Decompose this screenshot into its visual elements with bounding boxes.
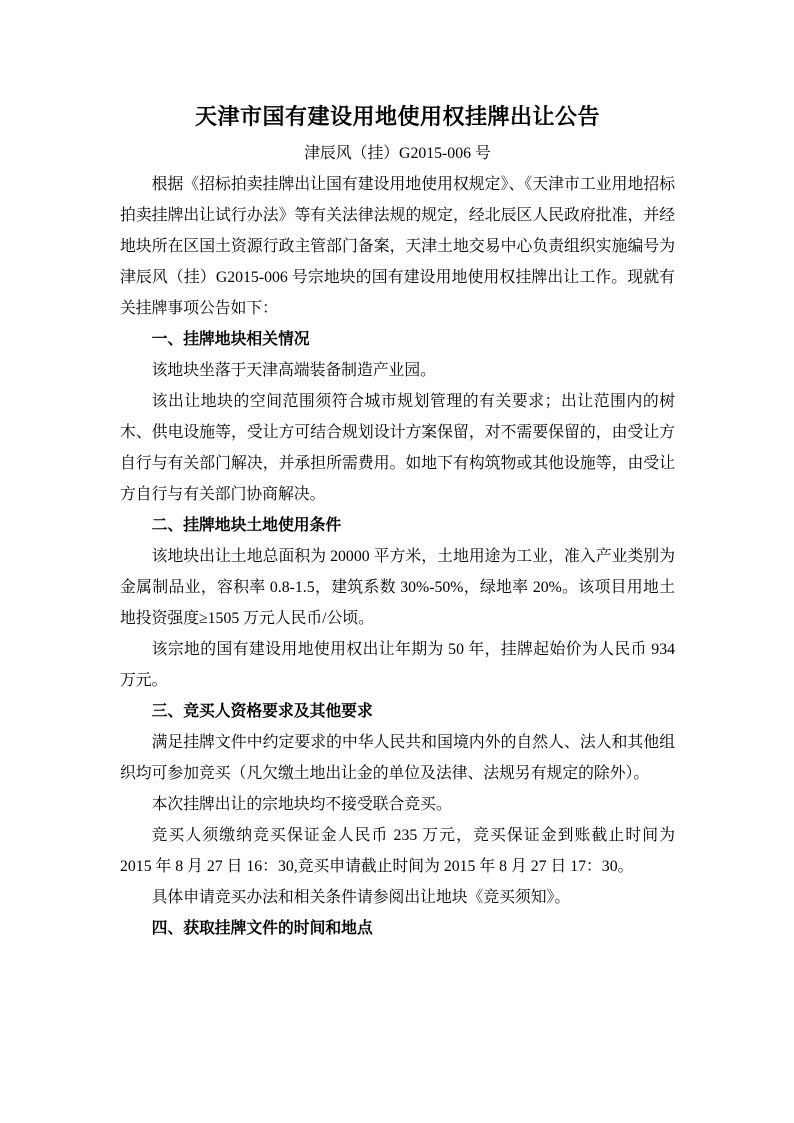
section-3-paragraph-1: 满足挂牌文件中约定要求的中华人民共和国境内外的自然人、法人和其他组织均可参加竞买… xyxy=(120,727,675,789)
section-2-paragraph-2: 该宗地的国有建设用地使用权出让年期为 50 年，挂牌起始价为人民币 934 万元… xyxy=(120,634,675,696)
document-page: 天津市国有建设用地使用权挂牌出让公告 津辰风（挂）G2015-006 号 根据《… xyxy=(0,0,794,1123)
section-3-paragraph-3: 竞买人须缴纳竞买保证金人民币 235 万元，竞买保证金到账截止时间为 2015 … xyxy=(120,820,675,882)
section-1-heading: 一、挂牌地块相关情况 xyxy=(120,324,675,355)
document-number: 津辰风（挂）G2015-006 号 xyxy=(120,138,675,169)
document-body: 根据《招标拍卖挂牌出让国有建设用地使用权规定》、《天津市工业用地招标拍卖挂牌出让… xyxy=(120,169,675,944)
intro-paragraph: 根据《招标拍卖挂牌出让国有建设用地使用权规定》、《天津市工业用地招标拍卖挂牌出让… xyxy=(120,169,675,324)
section-3-heading: 三、竞买人资格要求及其他要求 xyxy=(120,696,675,727)
section-1-paragraph-1: 该地块坐落于天津高端装备制造产业园。 xyxy=(120,355,675,386)
section-4-heading: 四、获取挂牌文件的时间和地点 xyxy=(120,913,675,944)
section-2-heading: 二、挂牌地块土地使用条件 xyxy=(120,510,675,541)
section-2-paragraph-1: 该地块出让土地总面积为 20000 平方米，土地用途为工业，准入产业类别为金属制… xyxy=(120,541,675,634)
section-1-paragraph-2: 该出让地块的空间范围须符合城市规划管理的有关要求；出让范围内的树木、供电设施等，… xyxy=(120,386,675,510)
section-3-paragraph-4: 具体申请竞买办法和相关条件请参阅出让地块《竞买须知》。 xyxy=(120,882,675,913)
section-3-paragraph-2: 本次挂牌出让的宗地块均不接受联合竞买。 xyxy=(120,789,675,820)
page-title: 天津市国有建设用地使用权挂牌出让公告 xyxy=(120,100,675,134)
